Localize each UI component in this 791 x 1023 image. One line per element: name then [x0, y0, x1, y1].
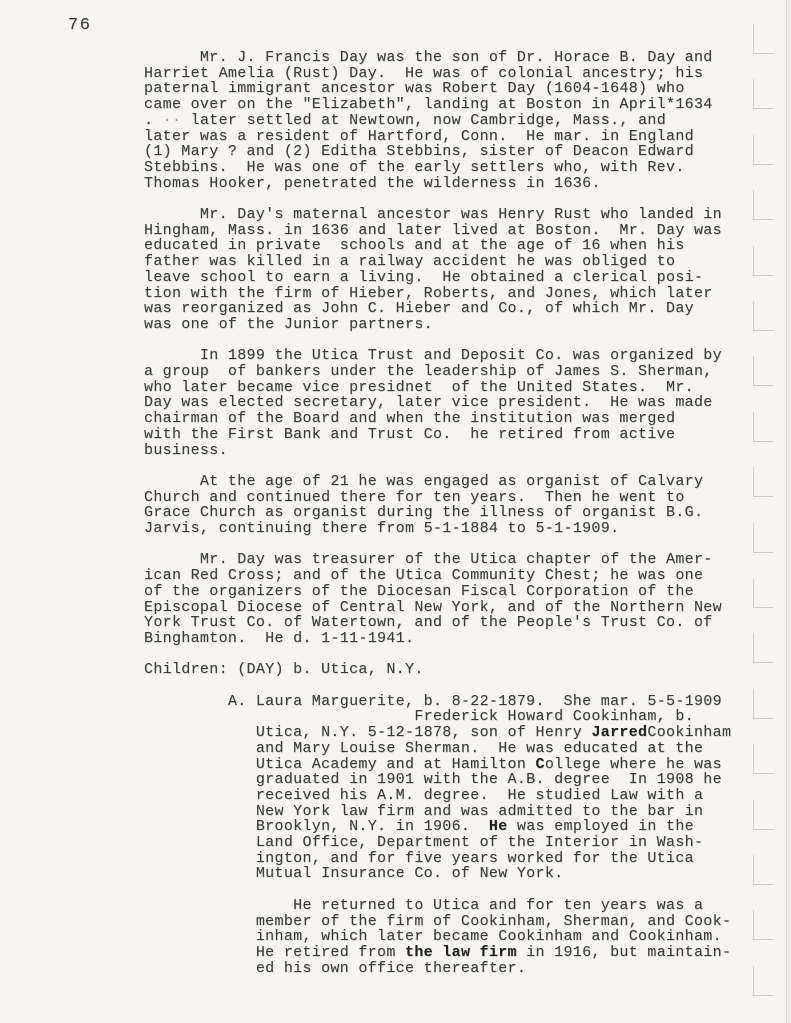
text-line: came over on the "Elizabeth", landing at…: [144, 97, 731, 113]
text-line: Children: (DAY) b. Utica, N.Y.: [144, 662, 731, 678]
paragraph-maternal-ancestor: Mr. Day's maternal ancestor was Henry Ru…: [144, 207, 731, 333]
text-line: tion with the firm of Hieber, Roberts, a…: [144, 286, 731, 302]
text-line: Utica Academy and at Hamilton College wh…: [144, 757, 731, 773]
binding-bracket-mark: [753, 578, 773, 608]
binding-bracket-mark: [753, 633, 773, 663]
binding-bracket-mark: [753, 356, 773, 386]
text-line: Day was elected secretary, later vice pr…: [144, 395, 731, 411]
binding-bracket-mark: [753, 966, 773, 996]
binding-bracket-mark: [753, 855, 773, 885]
text-line: and Mary Louise Sherman. He was educated…: [144, 741, 731, 757]
text-line: Episcopal Diocese of Central New York, a…: [144, 600, 731, 616]
binding-bracket-mark: [753, 523, 773, 553]
text-line: Thomas Hooker, penetrated the wilderness…: [144, 176, 731, 192]
text-line: a group of bankers under the leadership …: [144, 364, 731, 380]
child-entry-a: A. Laura Marguerite, b. 8-22-1879. She m…: [144, 694, 731, 882]
text-line: Binghamton. He d. 1-11-1941.: [144, 631, 731, 647]
binding-bracket-mark: [753, 246, 773, 276]
text-line: who later became vice presidnet of the U…: [144, 380, 731, 396]
text-line: Mr. Day was treasurer of the Utica chapt…: [144, 552, 731, 568]
binding-bracket-mark: [753, 301, 773, 331]
text-line: of the organizers of the Diocesan Fiscal…: [144, 584, 731, 600]
text-line: ican Red Cross; and of the Utica Communi…: [144, 568, 731, 584]
text-line: inham, which later became Cookinham and …: [144, 929, 731, 945]
binding-bracket-mark: [753, 800, 773, 830]
page-number: 76: [68, 16, 91, 35]
overstruck-text: Jarred: [591, 724, 647, 741]
text-line: was reorganized as John C. Hieber and Co…: [144, 301, 731, 317]
binding-bracket-mark: [753, 412, 773, 442]
text-line: father was killed in a railway accident …: [144, 254, 731, 270]
paragraph-return-to-utica: He returned to Utica and for ten years w…: [144, 898, 731, 977]
text-line: Mr. Day's maternal ancestor was Henry Ru…: [144, 207, 731, 223]
binding-bracket-mark: [753, 689, 773, 719]
scan-edge-strip: [787, 0, 791, 1023]
overstruck-text: C: [536, 756, 545, 773]
text-line: Brooklyn, N.Y. in 1906. He was employed …: [144, 819, 731, 835]
text-line: chairman of the Board and when the insti…: [144, 411, 731, 427]
text-line: ington, and for five years worked for th…: [144, 851, 731, 867]
text-line: Grace Church as organist during the illn…: [144, 505, 731, 521]
document-page: 76 Mr. J. Francis Day was the son of Dr.…: [0, 0, 791, 1023]
text-line: with the First Bank and Trust Co. he ret…: [144, 427, 731, 443]
faint-mark: ··: [163, 112, 182, 129]
binding-bracket-mark: [753, 24, 773, 54]
text-line: received his A.M. degree. He studied Law…: [144, 788, 731, 804]
binding-bracket-mark: [753, 744, 773, 774]
text-line: New York law firm and was admitted to th…: [144, 804, 731, 820]
text-line: leave school to earn a living. He obtain…: [144, 270, 731, 286]
overstruck-text: the law firm: [405, 944, 517, 961]
paragraph-day-ancestry: Mr. J. Francis Day was the son of Dr. Ho…: [144, 50, 731, 191]
text-line: Jarvis, continuing there from 5-1-1884 t…: [144, 521, 731, 537]
text-line: Church and continued there for ten years…: [144, 490, 731, 506]
text-line: member of the firm of Cookinham, Sherman…: [144, 914, 731, 930]
text-line: A. Laura Marguerite, b. 8-22-1879. She m…: [144, 694, 731, 710]
text-line: ed his own office thereafter.: [144, 961, 731, 977]
text-line: At the age of 21 he was engaged as organ…: [144, 474, 731, 490]
text-line: graduated in 1901 with the A.B. degree I…: [144, 772, 731, 788]
text-line: . ·· later settled at Newtown, now Cambr…: [144, 113, 731, 129]
binding-bracket-mark: [753, 190, 773, 220]
binding-bracket-mark: [753, 79, 773, 109]
text-line: York Trust Co. of Watertown, and of the …: [144, 615, 731, 631]
text-line: He retired from the law firm in 1916, bu…: [144, 945, 731, 961]
document-text: Mr. J. Francis Day was the son of Dr. Ho…: [144, 50, 731, 992]
paragraph-organist: At the age of 21 he was engaged as organ…: [144, 474, 731, 537]
text-line: In 1899 the Utica Trust and Deposit Co. …: [144, 348, 731, 364]
text-line: business.: [144, 443, 731, 459]
text-line: Harriet Amelia (Rust) Day. He was of col…: [144, 66, 731, 82]
binding-bracket-mark: [753, 910, 773, 940]
text-line: educated in private schools and at the a…: [144, 238, 731, 254]
text-line: paternal immigrant ancestor was Robert D…: [144, 81, 731, 97]
text-line: was one of the Junior partners.: [144, 317, 731, 333]
paragraph-civic-roles: Mr. Day was treasurer of the Utica chapt…: [144, 552, 731, 646]
overstruck-text: He: [489, 818, 508, 835]
text-line: Mr. J. Francis Day was the son of Dr. Ho…: [144, 50, 731, 66]
text-line: Utica, N.Y. 5-12-1878, son of Henry Jarr…: [144, 725, 731, 741]
binding-bracket-mark: [753, 467, 773, 497]
text-line: Frederick Howard Cookinham, b.: [144, 709, 731, 725]
text-line: Land Office, Department of the Interior …: [144, 835, 731, 851]
text-line: He returned to Utica and for ten years w…: [144, 898, 731, 914]
text-line: Mutual Insurance Co. of New York.: [144, 866, 731, 882]
text-line: later was a resident of Hartford, Conn. …: [144, 129, 731, 145]
binding-bracket-mark: [753, 135, 773, 165]
scan-edge-line: [786, 0, 787, 1023]
paragraph-utica-trust: In 1899 the Utica Trust and Deposit Co. …: [144, 348, 731, 458]
text-line: Stebbins. He was one of the early settle…: [144, 160, 731, 176]
text-line: (1) Mary ? and (2) Editha Stebbins, sist…: [144, 144, 731, 160]
text-line: Hingham, Mass. in 1636 and later lived a…: [144, 223, 731, 239]
children-heading: Children: (DAY) b. Utica, N.Y.: [144, 662, 731, 678]
